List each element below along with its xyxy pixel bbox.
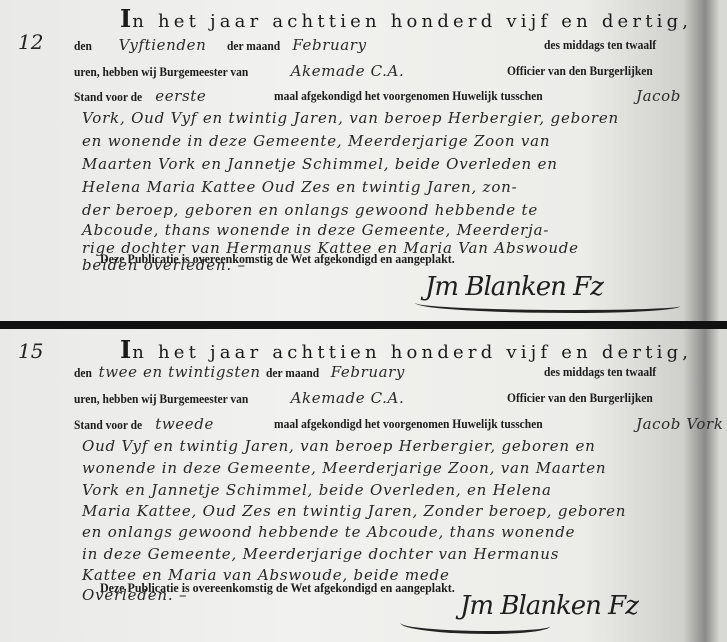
- handwritten-line: Oud Vyf en twintig Jaren, van beroep Her…: [82, 434, 596, 458]
- signature-flourish: [415, 296, 680, 313]
- line-date: den Vyftienden der maand February des mi…: [74, 34, 697, 56]
- handwritten-line: en wonende in deze Gemeente, Meerderjari…: [82, 129, 550, 153]
- line-date: den twee en twintigsten der maand Februa…: [74, 361, 697, 383]
- handwritten-day: twee en twintigsten: [99, 363, 261, 381]
- signature-flourish: [400, 615, 550, 634]
- line-stand: Stand voor de tweede maal afgekondigd he…: [74, 413, 697, 435]
- handwritten-month: February: [292, 36, 366, 54]
- handwritten-day: Vyftienden: [119, 36, 207, 54]
- line-mayor: uren, hebben wij Burgemeester van Akemad…: [74, 387, 697, 409]
- handwritten-groom: Jacob: [636, 85, 681, 107]
- handwritten-month: February: [331, 363, 405, 381]
- handwritten-line: Helena Maria Kattee Oud Zes en twintig J…: [82, 175, 518, 199]
- headline: In het jaar achttien honderd vijf en der…: [120, 335, 692, 364]
- handwritten-line: wonende in deze Gemeente, Meerderjarige …: [82, 456, 606, 480]
- record-number: 12: [18, 30, 43, 54]
- record-1: 12 In het jaar achttien honderd vijf en …: [0, 0, 727, 321]
- handwritten-municipality: Akemade C.A.: [291, 389, 405, 407]
- line-stand: Stand voor de eerste maal afgekondigd he…: [74, 85, 697, 107]
- record-2: 15 In het jaar achttien honderd vijf en …: [0, 329, 727, 642]
- handwritten-ordinal: tweede: [155, 415, 214, 433]
- handwritten-line: Vork, Oud Vyf en twintig Jaren, van bero…: [82, 106, 619, 130]
- line-mayor: uren, hebben wij Burgemeester van Akemad…: [74, 60, 697, 82]
- handwritten-municipality: Akemade C.A.: [291, 62, 405, 80]
- handwritten-line: en onlangs gewoond hebbende te Abcoude, …: [82, 520, 575, 544]
- handwritten-line: Maarten Vork en Jannetje Schimmel, beide…: [82, 152, 558, 176]
- footer-statement: Deze Publicatie is overeenkomstig de Wet…: [100, 248, 697, 270]
- handwritten-groom: Jacob Vork: [636, 413, 724, 435]
- record-number: 15: [18, 339, 43, 363]
- handwritten-ordinal: eerste: [155, 87, 206, 105]
- headline: In het jaar achttien honderd vijf en der…: [120, 4, 692, 33]
